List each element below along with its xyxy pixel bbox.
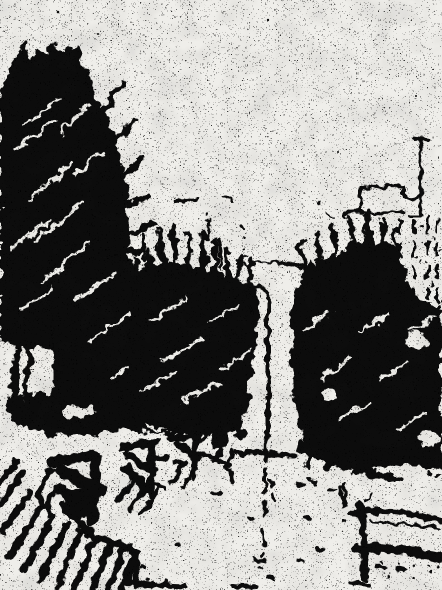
ink-layer [0,0,442,590]
scan-speck-noise [0,0,442,590]
sketch-canvas [0,0,442,590]
ink-drawing [0,0,442,590]
